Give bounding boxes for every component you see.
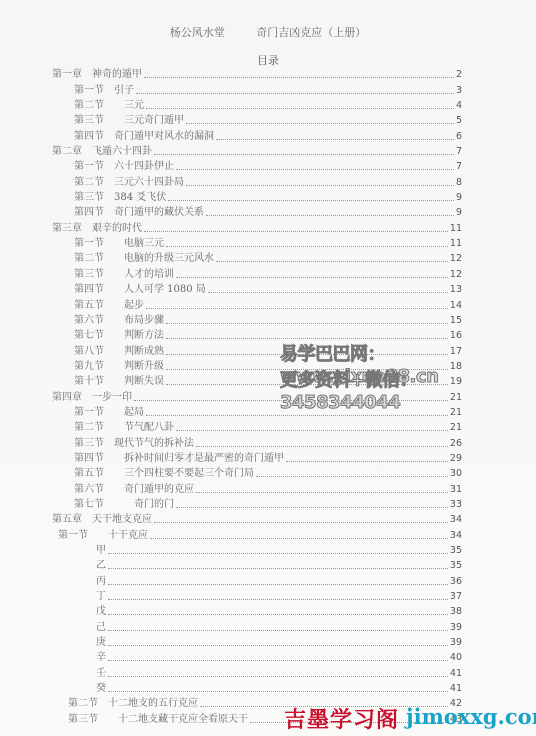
dot-leader — [176, 506, 448, 508]
toc-section-entry: 壬41 — [52, 664, 462, 679]
page-header: 杨公风水堂 奇门吉凶克应（上册） — [0, 24, 536, 40]
toc-chapter-entry: 第五章 天干地支克应34 — [52, 511, 462, 526]
dot-leader — [108, 644, 448, 646]
toc-entry-label: 第五节 三个四柱要不要起三个奇门局 — [74, 468, 254, 480]
toc-page-number: 9 — [456, 192, 462, 204]
dot-leader — [108, 629, 448, 631]
toc-entry-label: 第三节 十二地支藏干克应全看原天干 — [68, 714, 248, 726]
dot-leader — [146, 307, 448, 309]
toc-entry-label: 第四节 人人可学 1080 局 — [74, 284, 206, 296]
dot-leader — [108, 552, 448, 554]
toc-section-entry: 第四节 奇门遁甲的藏伏关系9 — [52, 204, 462, 219]
dot-leader — [146, 414, 448, 416]
toc-entry-label: 庚 — [96, 637, 106, 649]
dot-leader — [136, 92, 454, 94]
toc-section-entry: 第六节 奇门遁甲的克应31 — [52, 480, 462, 495]
toc-entry-label: 第三节 现代节气的拆补法 — [74, 438, 194, 450]
toc-section-entry: 第二节 三元六十四卦局8 — [52, 173, 462, 188]
toc-section-entry: 乙35 — [52, 557, 462, 572]
dot-leader — [108, 613, 448, 615]
toc-entry-label: 壬 — [96, 668, 106, 680]
toc-page-number: 8 — [456, 177, 462, 189]
dot-leader — [166, 337, 448, 339]
toc-page-number: 36 — [450, 576, 462, 588]
toc-entry-label: 辛 — [96, 652, 106, 664]
toc-section-entry: 第四节 拆补时间归零才是最严密的奇门遁甲29 — [52, 450, 462, 465]
toc-section-entry: 丁37 — [52, 588, 462, 603]
toc-section-entry: 癸41 — [52, 680, 462, 695]
toc-section-entry: 第三节 十二地支藏干克应全看原天干43 — [52, 710, 462, 725]
toc-page-number: 5 — [456, 115, 462, 127]
brand-logo-text: 吉墨学习阁 — [284, 703, 399, 734]
brand-url: jimoxxg.com — [406, 704, 536, 729]
toc-page-number: 34 — [450, 514, 462, 526]
dot-leader — [216, 260, 448, 262]
dot-leader — [108, 598, 448, 600]
dot-leader — [108, 567, 448, 569]
toc-section-entry: 第一节 引子3 — [52, 81, 462, 96]
document-page: 杨公风水堂 奇门吉凶克应（上册） 目录 第一章 神奇的遁甲2第一节 引子3第二节… — [0, 0, 536, 736]
dot-leader — [286, 460, 448, 462]
toc-entry-label: 第六节 奇门遁甲的克应 — [74, 484, 194, 496]
toc-entry-label: 第一节 起局 — [74, 407, 144, 419]
toc-entry-label: 第七节 判断方法 — [74, 330, 164, 342]
toc-entry-label: 第二节 三元 — [74, 100, 144, 112]
toc-section-entry: 第三节 三元奇门遁甲5 — [52, 112, 462, 127]
dot-leader — [196, 491, 448, 493]
toc-page-number: 34 — [450, 530, 462, 542]
toc-entry-label: 第四节 奇门遁甲对风水的漏洞 — [74, 131, 214, 143]
dot-leader — [154, 153, 454, 155]
dot-leader — [186, 122, 454, 124]
toc-chapter-entry: 第三章 艰辛的时代11 — [52, 219, 462, 234]
toc-section-entry: 第一节 十干克应34 — [52, 526, 462, 541]
toc-entry-label: 第二节 电脑的升级三元风水 — [74, 253, 214, 265]
dot-leader — [108, 675, 448, 677]
toc-entry-label: 第八节 判断成熟 — [74, 346, 164, 358]
toc-chapter-entry: 第二章 飞遁六十四卦7 — [52, 143, 462, 158]
toc-page-number: 40 — [450, 652, 462, 664]
toc-page-number: 26 — [450, 438, 462, 450]
toc-page-number: 41 — [450, 668, 462, 680]
toc-entry-label: 第十节 判断失误 — [74, 376, 164, 388]
toc-page-number: 21 — [450, 422, 462, 434]
toc-entry-label: 第一节 十干克应 — [58, 530, 148, 542]
toc-entry-label: 癸 — [96, 683, 106, 695]
toc-page-number: 37 — [450, 591, 462, 603]
toc-section-entry: 第四节 人人可学 1080 局13 — [52, 281, 462, 296]
toc-entry-label: 第七节 奇门的门 — [74, 499, 174, 511]
toc-section-entry: 戊38 — [52, 603, 462, 618]
toc-section-entry: 己39 — [52, 618, 462, 633]
dot-leader — [176, 168, 454, 170]
toc-section-entry: 第二节 电脑的升级三元风水12 — [52, 250, 462, 265]
toc-page-number: 41 — [450, 683, 462, 695]
toc-section-entry: 第六节 布局步骤15 — [52, 312, 462, 327]
toc-entry-label: 第二章 飞遁六十四卦 — [52, 146, 152, 158]
toc-page-number: 15 — [450, 315, 462, 327]
dot-leader — [196, 445, 448, 447]
toc-entry-label: 第一章 神奇的遁甲 — [52, 69, 142, 81]
toc-entry-label: 第二节 节气配八卦 — [74, 422, 174, 434]
toc-entry-label: 第一节 六十四卦伊止 — [74, 161, 174, 173]
toc-chapter-entry: 第一章 神奇的遁甲2 — [52, 66, 462, 81]
dot-leader — [154, 521, 448, 523]
dot-leader — [144, 230, 448, 232]
toc-entry-label: 第五章 天干地支克应 — [52, 514, 152, 526]
toc-entry-label: 第五节 起步 — [74, 300, 144, 312]
publisher-name: 杨公风水堂 — [170, 26, 225, 39]
toc-entry-label: 乙 — [96, 560, 106, 572]
toc-page-number: 7 — [456, 146, 462, 158]
toc-page-number: 33 — [450, 499, 462, 511]
toc-section-entry: 第五节 三个四柱要不要起三个奇门局30 — [52, 465, 462, 480]
toc-section-entry: 第二节 三元4 — [52, 97, 462, 112]
toc-page-number: 39 — [450, 622, 462, 634]
toc-page-number: 9 — [456, 207, 462, 219]
toc-page-number: 12 — [450, 269, 462, 281]
toc-section-entry: 第五节 起步14 — [52, 296, 462, 311]
toc-section-entry: 丙36 — [52, 572, 462, 587]
toc-page-number: 35 — [450, 545, 462, 557]
dot-leader — [108, 690, 448, 692]
toc-section-entry: 第四节 奇门遁甲对风水的漏洞6 — [52, 127, 462, 142]
toc-section-entry: 第三节 现代节气的拆补法26 — [52, 434, 462, 449]
dot-leader — [186, 184, 454, 186]
dot-leader — [176, 276, 448, 278]
toc-entry-label: 第三节 三元奇门遁甲 — [74, 115, 184, 127]
toc-entry-label: 第六节 布局步骤 — [74, 315, 164, 327]
toc-section-entry: 第二节 十二地支的五行克应42 — [52, 695, 462, 710]
toc-page-number: 12 — [450, 253, 462, 265]
dot-leader — [256, 475, 448, 477]
toc-page-number: 11 — [450, 238, 462, 250]
toc-section-entry: 甲35 — [52, 542, 462, 557]
toc-entry-label: 第三节 384 爻飞伏 — [74, 192, 166, 204]
toc-entry-label: 第九节 判断升级 — [74, 361, 164, 373]
toc-entry-label: 第二节 三元六十四卦局 — [74, 177, 184, 189]
toc-page-number: 35 — [450, 560, 462, 572]
toc-page-number: 29 — [450, 453, 462, 465]
toc-page-number: 7 — [456, 161, 462, 173]
toc-page-number: 31 — [450, 484, 462, 496]
toc-entry-label: 第三章 艰辛的时代 — [52, 223, 142, 235]
toc-section-entry: 第七节 奇门的门33 — [52, 496, 462, 511]
dot-leader — [206, 214, 454, 216]
toc-page-number: 30 — [450, 468, 462, 480]
dot-leader — [166, 322, 448, 324]
toc-entry-label: 甲 — [96, 545, 106, 557]
toc-section-entry: 第二节 节气配八卦21 — [52, 419, 462, 434]
toc-page-number: 38 — [450, 606, 462, 618]
toc-page-number: 6 — [456, 131, 462, 143]
book-title: 奇门吉凶克应（上册） — [256, 26, 366, 39]
toc-entry-label: 第二节 十二地支的五行克应 — [68, 698, 198, 710]
dot-leader — [150, 537, 448, 539]
dot-leader — [176, 429, 448, 431]
toc-section-entry: 第三节 人才的培训12 — [52, 265, 462, 280]
dot-leader — [146, 107, 454, 109]
dot-leader — [166, 245, 448, 247]
toc-entry-label: 戊 — [96, 606, 106, 618]
dot-leader — [108, 659, 448, 661]
dot-leader — [168, 199, 454, 201]
toc-entry-label: 第一节 引子 — [74, 85, 134, 97]
toc-entry-label: 第三节 人才的培训 — [74, 269, 174, 281]
toc-entry-label: 己 — [96, 622, 106, 634]
toc-section-entry: 第三节 384 爻飞伏9 — [52, 189, 462, 204]
toc-page-number: 39 — [450, 637, 462, 649]
toc-page-number: 4 — [456, 100, 462, 112]
dot-leader — [208, 291, 448, 293]
toc-section-entry: 第一节 电脑三元11 — [52, 235, 462, 250]
dot-leader — [144, 76, 454, 78]
toc-page-number: 13 — [450, 284, 462, 296]
dot-leader — [108, 583, 448, 585]
toc-page-number: 2 — [456, 69, 462, 81]
dot-leader — [216, 138, 454, 140]
toc-entry-label: 丁 — [96, 591, 106, 603]
toc-page-number: 3 — [456, 85, 462, 97]
toc-section-entry: 辛40 — [52, 649, 462, 664]
watermark-contact: 更多资料+微信：3458344044 — [280, 366, 536, 413]
toc-page-number: 11 — [450, 223, 462, 235]
toc-section-entry: 第一节 六十四卦伊止7 — [52, 158, 462, 173]
toc-entry-label: 第四节 拆补时间归零才是最严密的奇门遁甲 — [74, 453, 284, 465]
toc-entry-label: 第一节 电脑三元 — [74, 238, 164, 250]
toc-page-number: 14 — [450, 300, 462, 312]
toc-section-entry: 庚39 — [52, 634, 462, 649]
toc-entry-label: 第四节 奇门遁甲的藏伏关系 — [74, 207, 204, 219]
toc-entry-label: 第四章 一步一印 — [52, 392, 132, 404]
toc-entry-label: 丙 — [96, 576, 106, 588]
